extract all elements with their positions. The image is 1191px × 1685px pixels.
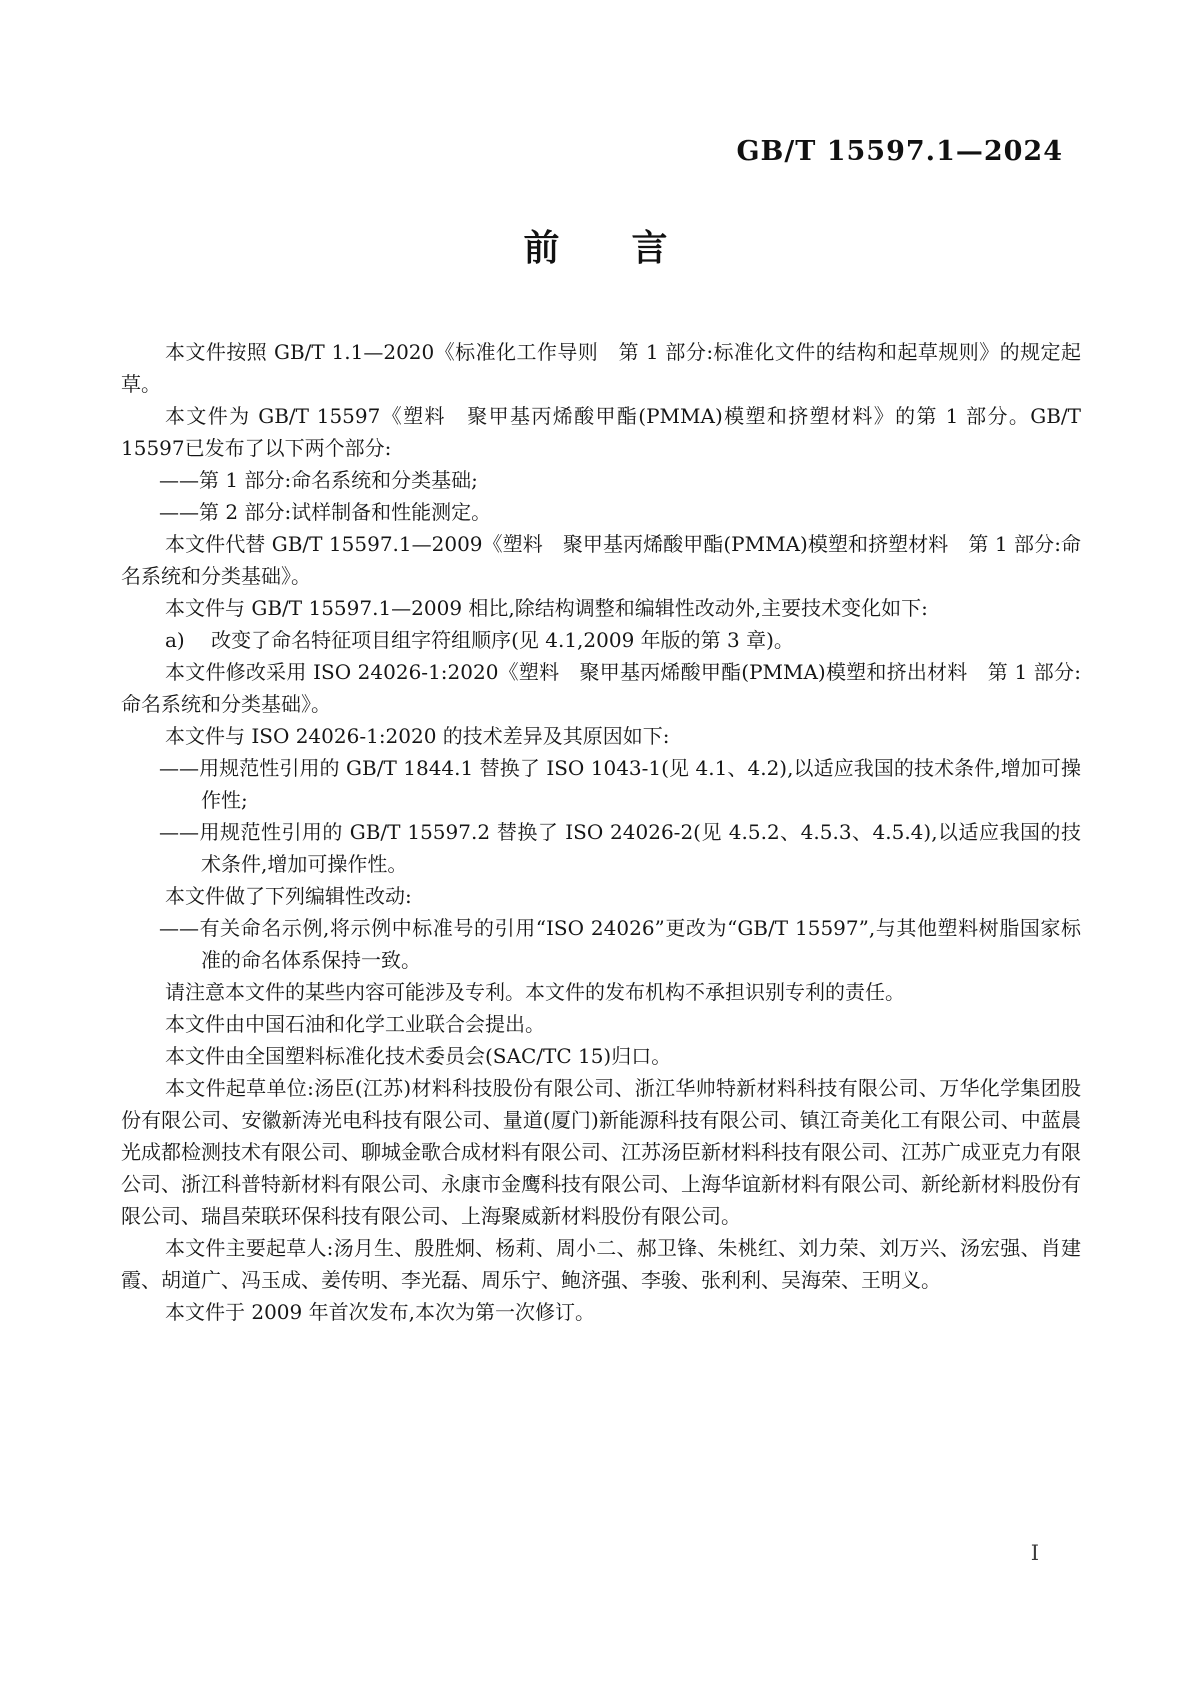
paragraph: 本文件按照 GB/T 1.1—2020《标准化工作导则 第 1 部分:标准化文件… — [121, 336, 1081, 400]
list-item: ——第 2 部分:试样制备和性能测定。 — [121, 496, 1081, 528]
list-item: ——用规范性引用的 GB/T 1844.1 替换了 ISO 1043-1(见 4… — [121, 752, 1081, 816]
paragraph: 本文件主要起草人:汤月生、殷胜炯、杨莉、周小二、郝卫锋、朱桃红、刘力荣、刘万兴、… — [121, 1232, 1081, 1296]
list-item: a) 改变了命名特征项目组字符组顺序(见 4.1,2009 年版的第 3 章)。 — [121, 624, 1081, 656]
paragraph: 本文件于 2009 年首次发布,本次为第一次修订。 — [121, 1296, 1081, 1328]
page-number: Ⅰ — [1031, 1541, 1039, 1565]
standard-number: GB/T 15597.1—2024 — [737, 136, 1064, 167]
paragraph: 本文件由全国塑料标准化技术委员会(SAC/TC 15)归口。 — [121, 1040, 1081, 1072]
paragraph: 本文件与 GB/T 15597.1—2009 相比,除结构调整和编辑性改动外,主… — [121, 592, 1081, 624]
list-item: ——有关命名示例,将示例中标准号的引用“ISO 24026”更改为“GB/T 1… — [121, 912, 1081, 976]
list-item: ——第 1 部分:命名系统和分类基础; — [121, 464, 1081, 496]
paragraph: 本文件代替 GB/T 15597.1—2009《塑料 聚甲基丙烯酸甲酯(PMMA… — [121, 528, 1081, 592]
document-page: GB/T 15597.1—2024 前 言 本文件按照 GB/T 1.1—202… — [0, 0, 1191, 1685]
paragraph: 本文件与 ISO 24026-1:2020 的技术差异及其原因如下: — [121, 720, 1081, 752]
paragraph: 本文件修改采用 ISO 24026-1:2020《塑料 聚甲基丙烯酸甲酯(PMM… — [121, 656, 1081, 720]
paragraph: 本文件为 GB/T 15597《塑料 聚甲基丙烯酸甲酯(PMMA)模塑和挤塑材料… — [121, 400, 1081, 464]
paragraph: 请注意本文件的某些内容可能涉及专利。本文件的发布机构不承担识别专利的责任。 — [121, 976, 1081, 1008]
list-item: ——用规范性引用的 GB/T 15597.2 替换了 ISO 24026-2(见… — [121, 816, 1081, 880]
paragraph: 本文件由中国石油和化学工业联合会提出。 — [121, 1008, 1081, 1040]
paragraph: 本文件做了下列编辑性改动: — [121, 880, 1081, 912]
page-title: 前 言 — [0, 220, 1191, 271]
foreword-body: 本文件按照 GB/T 1.1—2020《标准化工作导则 第 1 部分:标准化文件… — [121, 336, 1081, 1328]
paragraph: 本文件起草单位:汤臣(江苏)材料科技股份有限公司、浙江华帅特新材料科技有限公司、… — [121, 1072, 1081, 1232]
